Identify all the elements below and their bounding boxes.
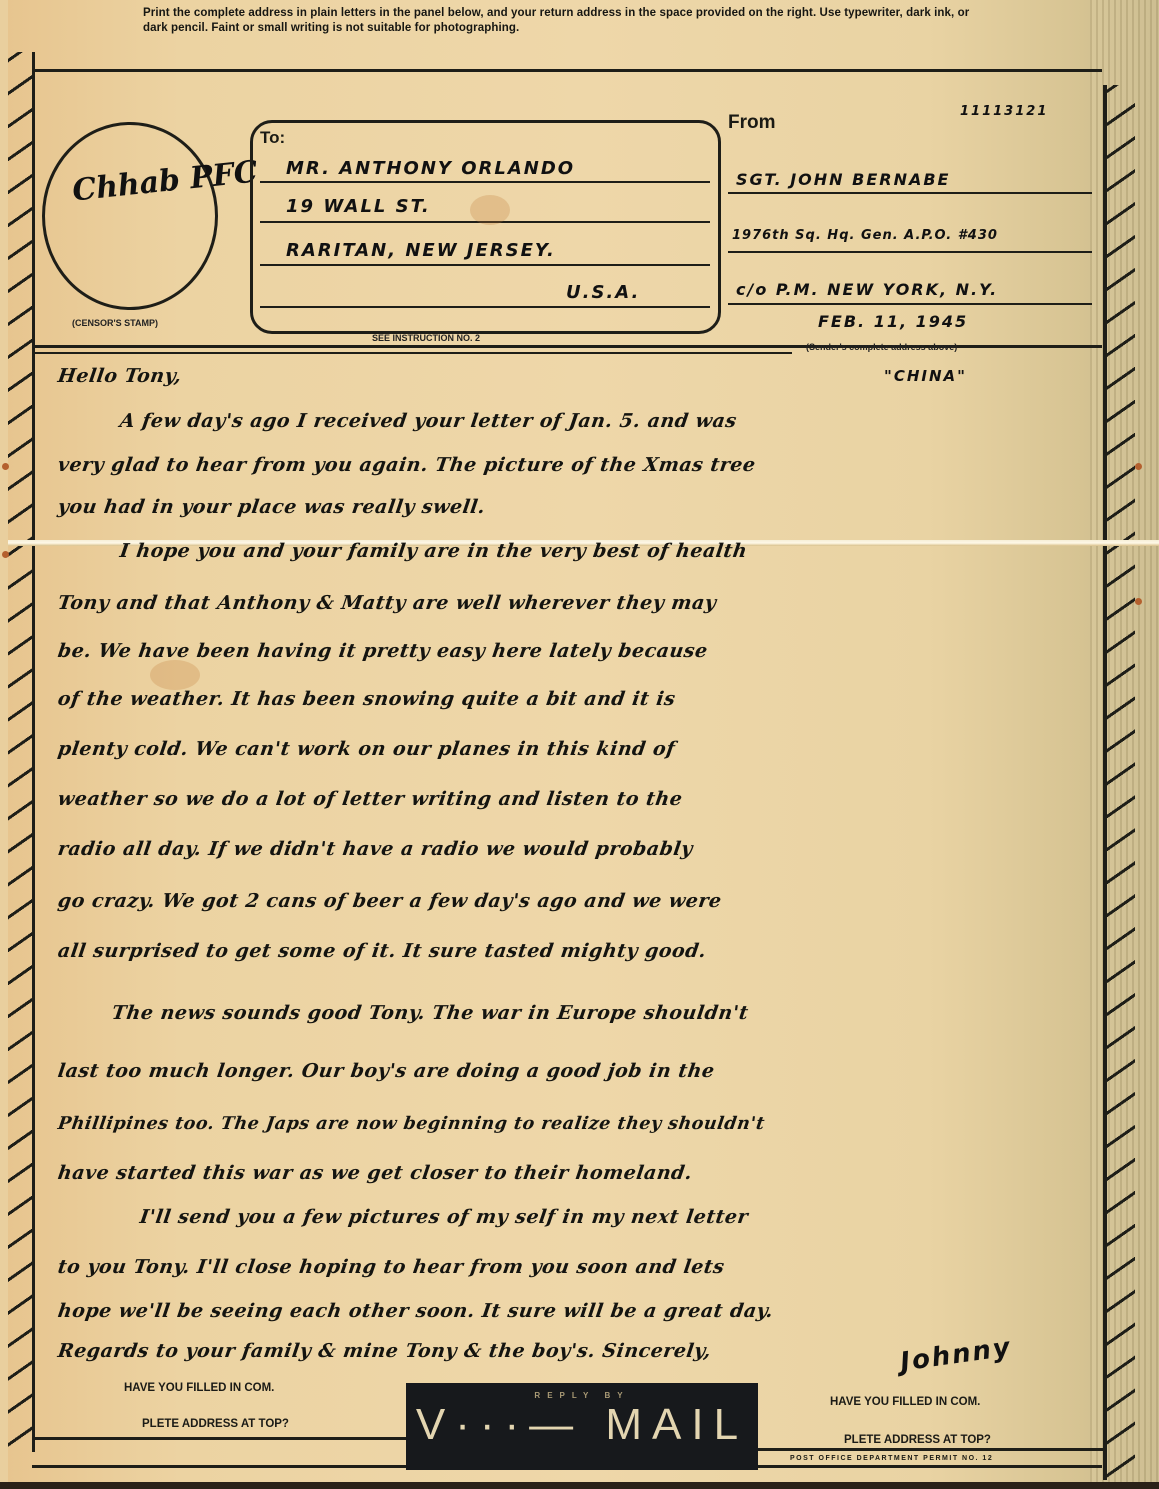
vmail-reply-by: REPLY BY	[406, 1391, 758, 1400]
right-hatched-border	[1103, 85, 1135, 1480]
sender-serial-number: 11113121	[960, 104, 1048, 119]
form-instructions: Print the complete address in plain lett…	[143, 6, 983, 36]
letter-line: to you Tony. I'll close hoping to hear f…	[56, 1256, 1099, 1278]
see-instruction-note: SEE INSTRUCTION NO. 2	[372, 333, 480, 343]
to-label: To:	[260, 128, 285, 148]
from-label: From	[728, 112, 776, 134]
letter-line: I hope you and your family are in the ve…	[118, 540, 1159, 562]
letter-line: have started this war as we get closer t…	[56, 1162, 1099, 1184]
letter-line: you had in your place was really swell.	[56, 496, 1099, 518]
staple-hole	[2, 551, 9, 558]
staple-hole	[1135, 463, 1142, 470]
sender-postmaster: c/o P.M. NEW YORK, N.Y.	[736, 280, 998, 299]
address-line	[260, 306, 710, 308]
footer-question-left-1: HAVE YOU FILLED IN COM.	[124, 1382, 274, 1394]
address-line	[260, 264, 710, 266]
staple-hole	[2, 463, 9, 470]
letter-line: all surprised to get some of it. It sure…	[56, 940, 1099, 962]
letter-line: A few day's ago I received your letter o…	[118, 410, 1159, 432]
recipient-address-panel	[250, 120, 721, 334]
header-divider-2	[32, 352, 792, 354]
letter-line: plenty cold. We can't work on our planes…	[56, 738, 1099, 760]
censor-stamp-label: (CENSOR'S STAMP)	[72, 318, 158, 328]
letter-line: of the weather. It has been snowing quit…	[56, 688, 1099, 710]
letter-line: The news sounds good Tony. The war in Eu…	[110, 1002, 1153, 1024]
address-line	[260, 181, 710, 183]
censor-stamp-circle	[42, 122, 218, 310]
letter-line: Hello Tony,	[56, 365, 1099, 387]
letter-line: radio all day. If we didn't have a radio…	[56, 838, 1099, 860]
sender-address-note: (Sender's complete address above)	[806, 342, 957, 352]
post-office-permit: POST OFFICE DEPARTMENT PERMIT NO. 12	[790, 1455, 993, 1462]
footer-question-right-1: HAVE YOU FILLED IN COM.	[830, 1396, 980, 1408]
sender-line	[728, 251, 1092, 253]
footer-question-right-2: PLETE ADDRESS AT TOP?	[844, 1434, 991, 1446]
letter-line: weather so we do a lot of letter writing…	[56, 788, 1099, 810]
footer-line	[32, 1437, 407, 1440]
top-frame-line	[32, 69, 1102, 72]
letter-line: last too much longer. Our boy's are doin…	[56, 1060, 1099, 1082]
vmail-title: V···— MAIL	[406, 1400, 758, 1450]
letter-line: I'll send you a few pictures of my self …	[138, 1206, 1159, 1228]
stain	[470, 195, 510, 225]
scan-bottom-edge	[0, 1482, 1159, 1489]
staple-hole	[1135, 598, 1142, 605]
recipient-country: U.S.A.	[566, 282, 640, 303]
recipient-street: 19 WALL ST.	[286, 196, 431, 217]
letter-line: go crazy. We got 2 cans of beer a few da…	[56, 890, 1099, 912]
letter-line: hope we'll be seeing each other soon. It…	[56, 1300, 1099, 1322]
stain	[150, 660, 200, 690]
vmail-logo-block: REPLY BY V···— MAIL	[406, 1383, 758, 1470]
letter-line: very glad to hear from you again. The pi…	[56, 454, 1099, 476]
recipient-city-state: RARITAN, NEW JERSEY.	[286, 240, 556, 261]
sender-name: SGT. JOHN BERNABE	[736, 170, 950, 189]
left-hatched-border	[8, 52, 35, 1452]
footer-question-left-2: PLETE ADDRESS AT TOP?	[142, 1418, 289, 1430]
letter-date: FEB. 11, 1945	[818, 312, 968, 331]
footer-line-right	[758, 1448, 1103, 1451]
sender-line	[728, 192, 1092, 194]
letter-line: be. We have been having it pretty easy h…	[56, 640, 1099, 662]
letter-line: Tony and that Anthony & Matty are well w…	[56, 592, 1099, 614]
sender-unit: 1976th Sq. Hq. Gen. A.P.O. #430	[732, 228, 998, 243]
letter-line: Phillipines too. The Japs are now beginn…	[57, 1114, 1100, 1134]
sender-line	[728, 303, 1092, 305]
recipient-name: MR. ANTHONY ORLANDO	[286, 158, 575, 179]
